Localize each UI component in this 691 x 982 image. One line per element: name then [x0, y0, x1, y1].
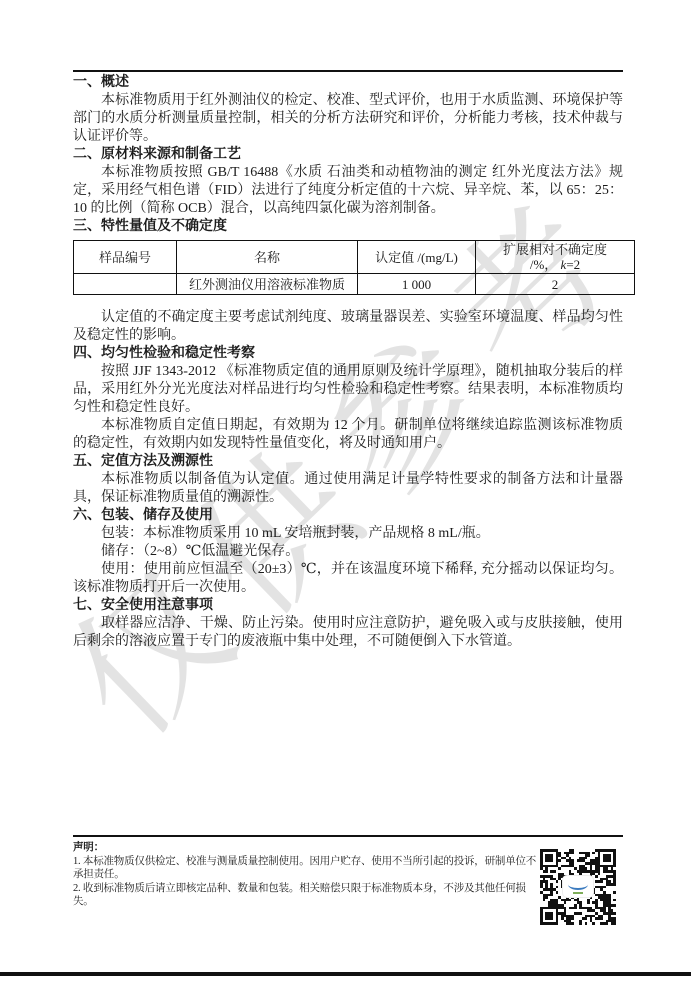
section-overview: 一、概述 本标准物质用于红外测油仪的检定、校准、型式评价，也用于水质监测、环境保… — [73, 74, 623, 146]
section-heading: 七、安全使用注意事项 — [73, 597, 623, 615]
certificate-page: 仅供参考 一、概述 本标准物质用于红外测油仪的检定、校准、型式评价，也用于水质监… — [0, 0, 691, 982]
uncertainty-header-line1: 扩展相对不确定度 — [503, 242, 607, 257]
qr-center-logo — [563, 876, 593, 897]
table-data-row: 红外测油仪用溶液标准物质 1 000 2 — [74, 274, 635, 295]
section-heading: 一、概述 — [73, 74, 623, 92]
section-heading: 六、包装、储存及使用 — [73, 507, 623, 525]
logo-underline — [573, 892, 583, 894]
section-paragraph: 本标准物质用于红外测油仪的检定、校准、型式评价，也用于水质监测、环境保护等部门的… — [73, 92, 623, 146]
section-packaging-storage-use: 六、包装、储存及使用 包装：本标准物质采用 10 mL 安培瓶封装，产品规格 8… — [73, 507, 623, 597]
section-paragraph: 认定值的不确定度主要考虑试剂纯度、玻璃量器误差、实验室环境温度、样品均匀性及稳定… — [73, 309, 623, 345]
cell-name: 红外测油仪用溶液标准物质 — [177, 274, 358, 295]
section-raw-materials: 二、原材料来源和制备工艺 本标准物质按照 GB/T 16488《水质 石油类和动… — [73, 146, 623, 218]
section-safety-notes: 七、安全使用注意事项 取样器应洁净、干燥、防止污染。使用时应注意防护，避免吸入或… — [73, 597, 623, 651]
section-homogeneity-stability: 四、均匀性检验和稳定性考察 按照 JJF 1343-2012 《标准物质定值的通… — [73, 345, 623, 453]
column-header-sample-id: 样品编号 — [74, 241, 177, 274]
declaration-block: 声明： 1. 本标准物质仅供检定、校准与测量质量控制使用。因用户贮存、使用不当所… — [73, 841, 543, 909]
section-heading: 四、均匀性检验和稳定性考察 — [73, 345, 623, 363]
section-paragraph: 储存：（2~8）℃低温避光保存。 — [73, 543, 623, 561]
logo-swoosh-icon — [568, 879, 588, 890]
column-header-uncertainty: 扩展相对不确定度 /%， k=2 — [476, 241, 635, 274]
section-paragraph: 本标准物质以制备值为认定值。通过使用满足计量学特性要求的制备方法和计量器具，保证… — [73, 471, 623, 507]
section-paragraph: 取样器应洁净、干燥、防止污染。使用时应注意防护，避免吸入或与皮肤接触，使用后剩余… — [73, 615, 623, 651]
section-heading: 五、定值方法及溯源性 — [73, 453, 623, 471]
section-valuation-traceability: 五、定值方法及溯源性 本标准物质以制备值为认定值。通过使用满足计量学特性要求的制… — [73, 453, 623, 507]
section-paragraph: 使用：使用前应恒温至（20±3）℃，并在该温度环境下稀释, 充分摇动以保证均匀。… — [73, 561, 623, 597]
scan-bottom-edge — [0, 972, 691, 976]
section-characteristic-values: 三、特性量值及不确定度 样品编号 名称 认定值 /(mg/L) 扩展相对不确定度… — [73, 218, 623, 345]
section-heading: 三、特性量值及不确定度 — [73, 218, 623, 236]
column-header-name: 名称 — [177, 241, 358, 274]
section-paragraph: 本标准物质自定值日期起，有效期为 12 个月。研制单位将继续追踪监测该标准物质的… — [73, 417, 623, 453]
section-paragraph: 本标准物质按照 GB/T 16488《水质 石油类和动植物油的测定 红外光度法方… — [73, 164, 623, 218]
cell-uncertainty: 2 — [476, 274, 635, 295]
column-header-certified-value: 认定值 /(mg/L) — [358, 241, 476, 274]
declaration-item: 1. 本标准物质仅供检定、校准与测量质量控制使用。因用户贮存、使用不当所引起的投… — [73, 855, 543, 882]
uncertainty-k-value: =2 — [566, 257, 580, 272]
declaration-item: 2. 收到标准物质后请立即核定品种、数量和包装。相关赔偿只限于标准物质本身，不涉… — [73, 882, 543, 909]
table-header-row: 样品编号 名称 认定值 /(mg/L) 扩展相对不确定度 /%， k=2 — [74, 241, 635, 274]
cell-certified-value: 1 000 — [358, 274, 476, 295]
section-paragraph: 按照 JJF 1343-2012 《标准物质定值的通用原则及统计学原理》，随机抽… — [73, 363, 623, 417]
characteristic-value-table: 样品编号 名称 认定值 /(mg/L) 扩展相对不确定度 /%， k=2 红外测… — [73, 240, 635, 295]
uncertainty-header-line2: /%， — [530, 257, 561, 272]
section-paragraph: 包装：本标准物质采用 10 mL 安培瓶封装，产品规格 8 mL/瓶。 — [73, 525, 623, 543]
declaration-label: 声明： — [73, 841, 543, 855]
section-heading: 二、原材料来源和制备工艺 — [73, 146, 623, 164]
document-body: 一、概述 本标准物质用于红外测油仪的检定、校准、型式评价，也用于水质监测、环境保… — [73, 74, 623, 651]
header-separator-line — [73, 70, 623, 72]
footer-separator-line — [73, 835, 623, 837]
cell-sample-id — [74, 274, 177, 295]
